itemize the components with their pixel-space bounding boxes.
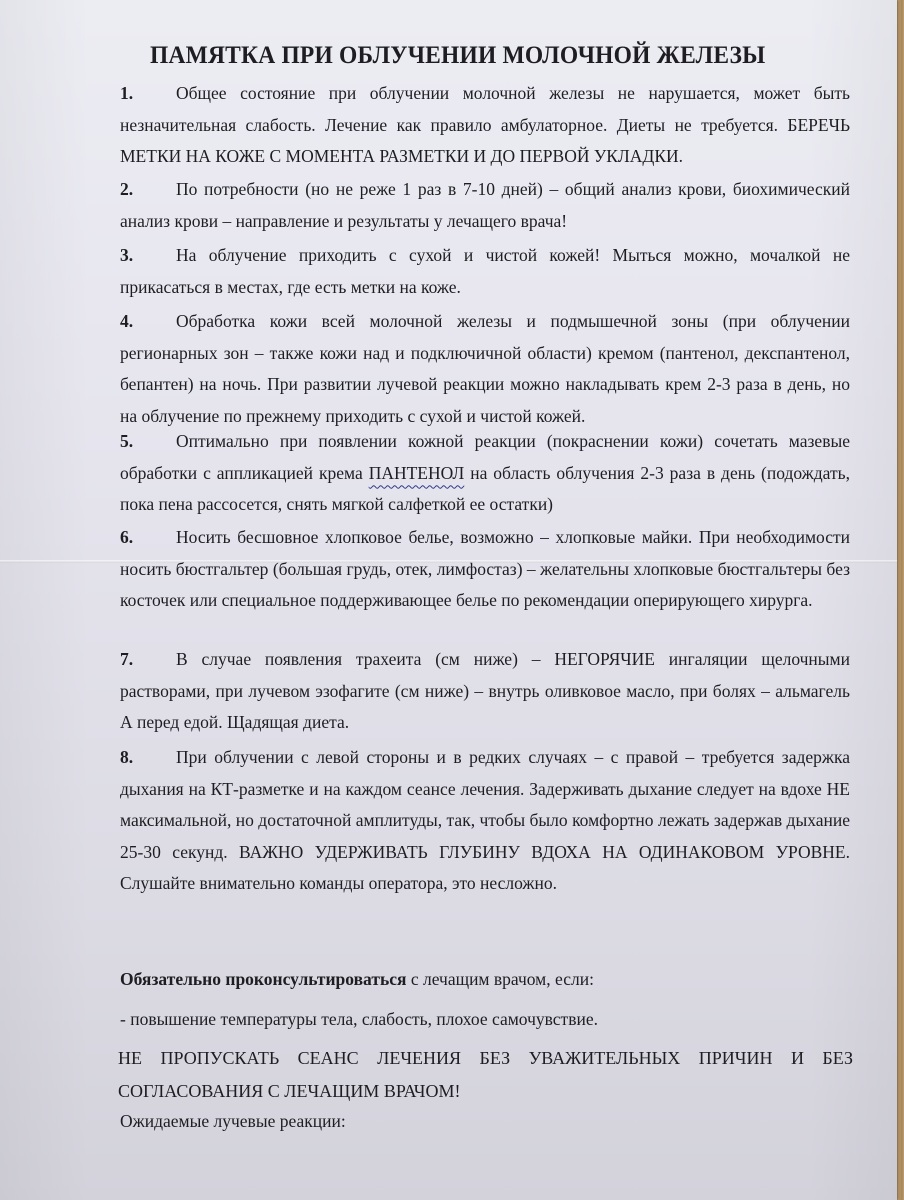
item-text: На облучение приходить с сухой и чистой …: [120, 245, 850, 297]
document-title: ПАМЯТКА ПРИ ОБЛУЧЕНИИ МОЛОЧНОЙ ЖЕЛЕЗЫ: [150, 42, 808, 70]
list-item-1: 1.Общее состояние при облучении молочной…: [120, 78, 850, 173]
item-number: 4.: [104, 306, 176, 338]
consult-heading: Обязательно проконсультироваться с лечащ…: [120, 964, 850, 995]
list-item-6: 6.Носить бесшовное хлопковое белье, возм…: [120, 522, 850, 617]
item-text: В случае появления трахеита (см ниже) – …: [120, 649, 850, 732]
pantenol-highlight: ПАНТЕНОЛ: [369, 463, 465, 483]
consult-rest: с лечащим врачом, если:: [406, 969, 594, 989]
warning-text: НЕ ПРОПУСКАТЬ СЕАНС ЛЕЧЕНИЯ БЕЗ УВАЖИТЕЛ…: [118, 1042, 853, 1108]
list-item-4: 4.Обработка кожи всей молочной железы и …: [120, 306, 850, 432]
item-number: 7.: [104, 644, 176, 676]
item-number: 2.: [104, 174, 176, 206]
list-item-5: 5.Оптимально при появлении кожной реакци…: [120, 426, 850, 521]
item-number: 1.: [104, 78, 176, 110]
item-text: По потребности (но не реже 1 раз в 7-10 …: [120, 179, 850, 231]
item-number: 5.: [104, 426, 176, 458]
item-text: Обработка кожи всей молочной железы и по…: [120, 311, 850, 426]
paper-sheet: ПАМЯТКА ПРИ ОБЛУЧЕНИИ МОЛОЧНОЙ ЖЕЛЕЗЫ 1.…: [0, 0, 897, 1200]
list-item-2: 2.По потребности (но не реже 1 раз в 7-1…: [120, 174, 850, 237]
list-item-3: 3.На облучение приходить с сухой и чисто…: [120, 240, 850, 303]
consult-bold: Обязательно проконсультироваться: [120, 969, 406, 989]
item-number: 8.: [104, 742, 176, 774]
item-text: Носить бесшовное хлопковое белье, возмож…: [120, 527, 850, 610]
item-text: Общее состояние при облучении молочной ж…: [120, 83, 850, 166]
expected-reactions-heading: Ожидаемые лучевые реакции:: [120, 1106, 850, 1137]
item-text: При облучении с левой стороны и в редких…: [120, 747, 850, 893]
item-number: 3.: [104, 240, 176, 272]
item-number: 6.: [104, 522, 176, 554]
consult-item: - повышение температуры тела, слабость, …: [120, 1004, 850, 1035]
list-item-7: 7.В случае появления трахеита (см ниже) …: [120, 644, 850, 739]
list-item-8: 8.При облучении с левой стороны и в редк…: [120, 742, 850, 900]
